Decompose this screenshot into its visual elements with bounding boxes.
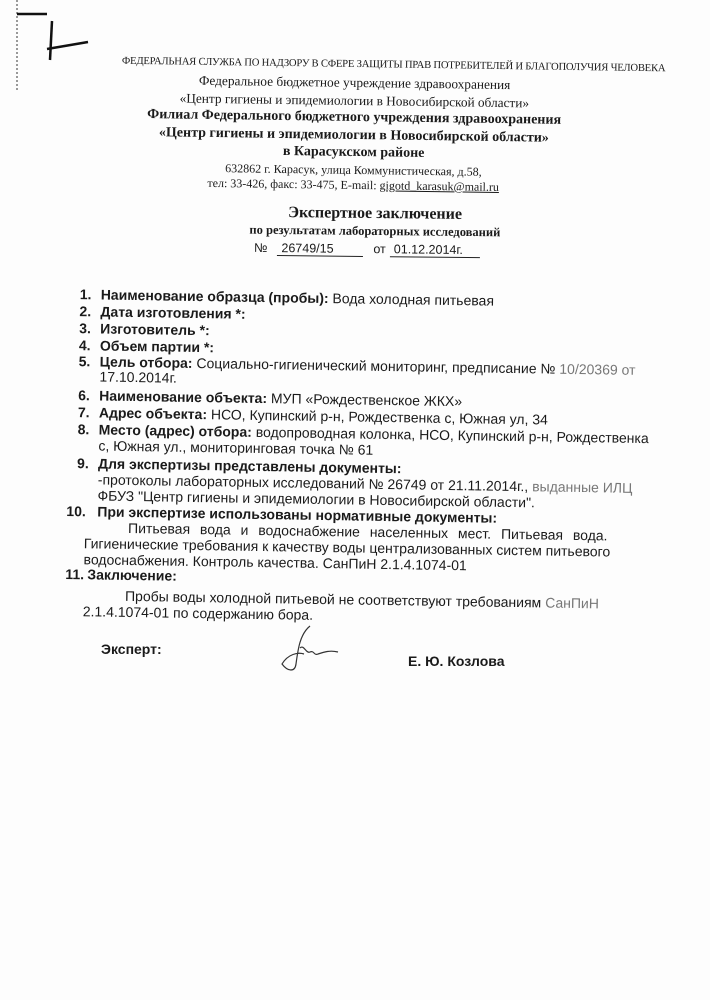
document-number-row: №26749/15от01.12.2014г. <box>254 241 480 258</box>
item-paragraph: 2.1.4.1074-01 по содержанию бора. <box>83 603 314 623</box>
item-value: МУП «Рождественское ЖКХ» <box>267 390 462 409</box>
list-item: 8. Место (адрес) отбора: водопроводная к… <box>4 0 710 10</box>
title-subtitle: по результатам лабораторных исследований <box>230 222 520 240</box>
list-item: 7. Адрес объекта: НСО, Купинский р-н, Ро… <box>4 0 710 10</box>
item-value: Социально-гигиенический мониторинг, пред… <box>192 355 559 377</box>
date-label: от <box>373 242 386 256</box>
document-body: 1. Наименование образца (пробы): Вода хо… <box>4 0 710 10</box>
item-label: Заключение: <box>87 566 177 583</box>
item-label: Наименование объекта: <box>99 387 267 406</box>
list-item: 9. Для экспертизы представлены документы… <box>4 0 710 10</box>
item-label: Объем партии *: <box>100 337 214 355</box>
list-item: 4. Объем партии *: <box>4 0 710 10</box>
item-value-faint: 10/20369 от <box>559 361 635 378</box>
item-label: Адрес объекта: <box>99 404 207 422</box>
title-main: Экспертное заключение <box>230 203 520 224</box>
list-item: 1. Наименование образца (пробы): Вода хо… <box>4 0 710 10</box>
item-value-continued: с, Южная ул., мониторинговая точка № 61 <box>98 437 373 457</box>
list-item: 5. Цель отбора: Социально-гигиенический … <box>4 0 710 10</box>
expert-label: Эксперт: <box>101 641 162 657</box>
list-item: 10. При экспертизе использованы норматив… <box>4 0 710 10</box>
list-item: 2. Дата изготовления *: <box>4 0 710 10</box>
list-item: 3. Изготовитель *: <box>4 0 710 10</box>
contacts-text: тел: 33-426, факс: 33-475, E-mail: <box>207 176 379 192</box>
item-value-faint: выданные ИЛЦ <box>532 478 633 496</box>
document-date: 01.12.2014г. <box>390 242 480 258</box>
item-paragraph-faint: СанПиН <box>545 595 599 612</box>
expert-name: Е. Ю. Козлова <box>408 653 505 669</box>
list-item: 6. Наименование объекта: МУП «Рождествен… <box>4 0 710 10</box>
email-link[interactable]: gigotd_karasuk@mail.ru <box>379 178 499 194</box>
agency-name: ФЕДЕРАЛЬНАЯ СЛУЖБА ПО НАДЗОРУ В СФЕРЕ ЗА… <box>122 56 666 75</box>
item-value-continued: 17.10.2014г. <box>99 368 177 385</box>
item-label: Изготовитель *: <box>100 320 210 338</box>
item-label: Дата изготовления *: <box>100 303 245 321</box>
letterhead: ФЕДЕРАЛЬНАЯ СЛУЖБА ПО НАДЗОРУ В СФЕРЕ ЗА… <box>0 54 710 64</box>
signature-icon <box>270 624 340 674</box>
list-item: 11. Заключение: Пробы воды холодной пить… <box>4 0 710 10</box>
document-title: Экспертное заключение по результатам лаб… <box>230 203 520 240</box>
corner-check-mark-icon <box>0 0 100 70</box>
document-number: 26749/15 <box>277 241 363 257</box>
item-value: Вода холодная питьевая <box>328 290 494 309</box>
number-label: № <box>254 241 268 255</box>
